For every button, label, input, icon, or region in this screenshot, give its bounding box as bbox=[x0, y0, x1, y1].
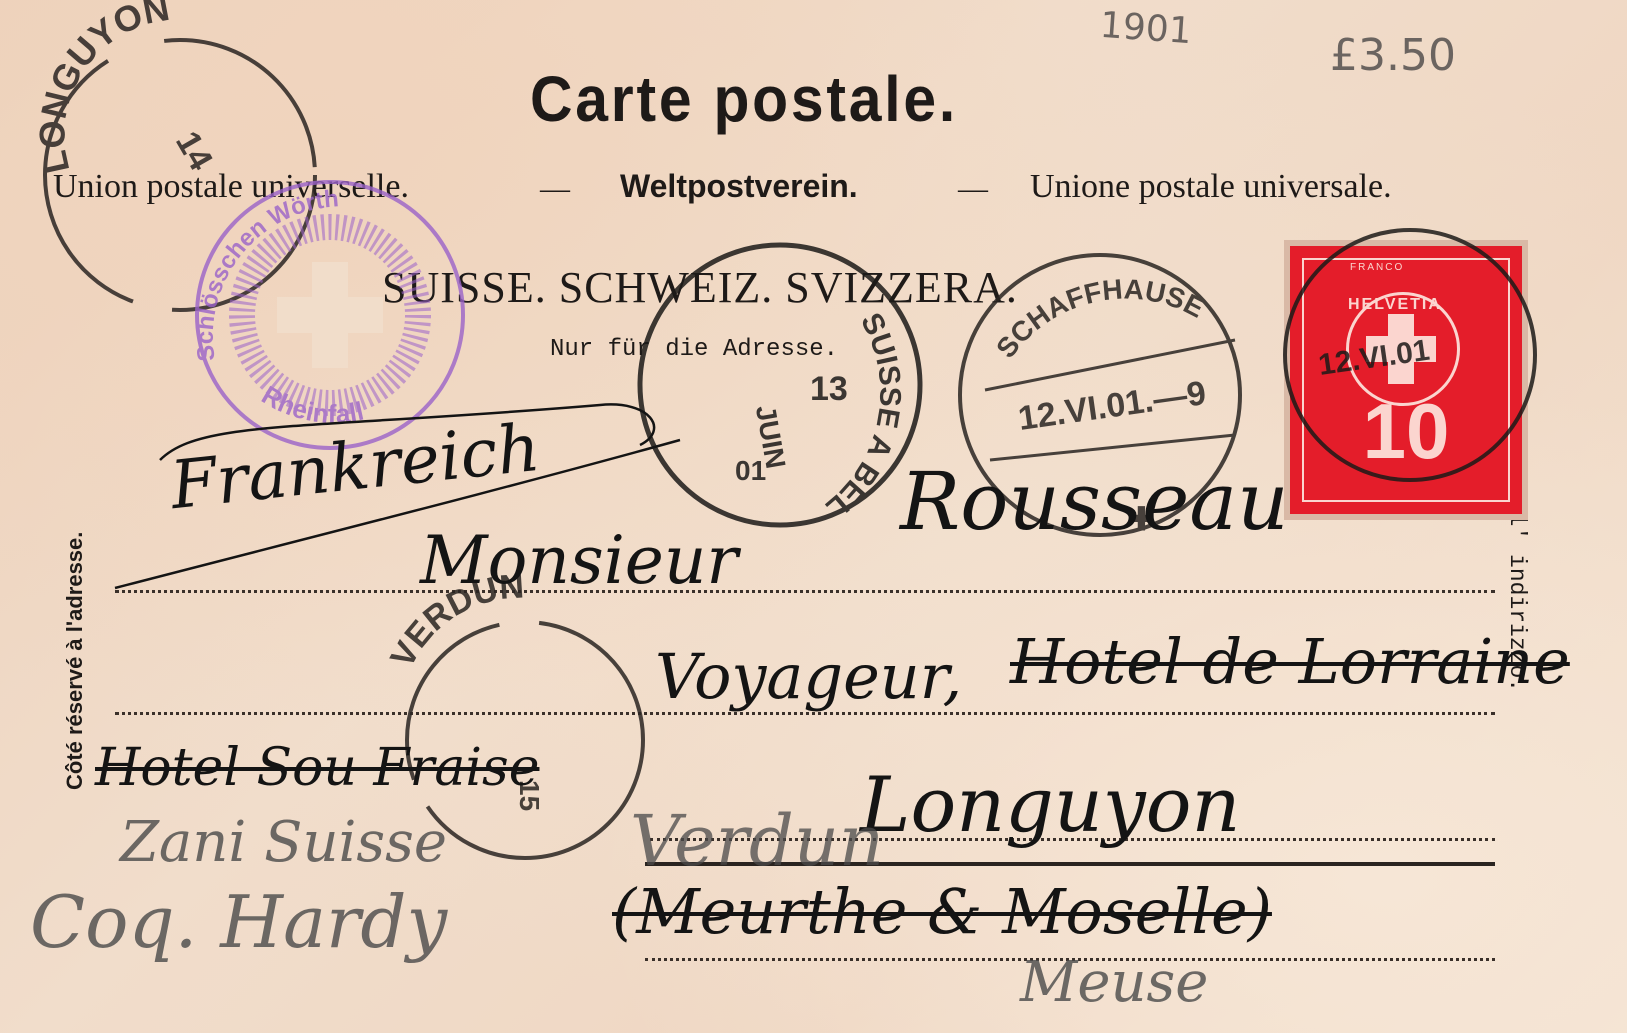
svg-text:LONGUYON: LONGUYON bbox=[32, 0, 173, 177]
postcard-back: Carte postale. Union postale universelle… bbox=[0, 0, 1627, 1033]
handwriting-left-note-1: Zani Suisse bbox=[120, 810, 447, 875]
handwriting-occupation: Voyageur, bbox=[655, 640, 962, 713]
postmark-on-stamp: 12.VI.01 bbox=[1285, 230, 1535, 480]
handwriting-left-note-2: Coq. Hardy bbox=[30, 880, 447, 964]
svg-text:01: 01 bbox=[735, 455, 766, 486]
handwriting-hotel-struck: Hotel de Lorraine bbox=[1010, 625, 1570, 698]
handwriting-department-struck: (Meurthe & Moselle) bbox=[612, 875, 1272, 948]
svg-text:12.VI.01.—9: 12.VI.01.—9 bbox=[1016, 374, 1208, 438]
handwriting-recipient-name: Rousseau bbox=[900, 455, 1289, 548]
handwriting-left-struck: Hotel Sou Fraise bbox=[95, 738, 539, 798]
svg-text:14: 14 bbox=[168, 125, 220, 177]
handwriting-department-new: Meuse bbox=[1020, 950, 1208, 1015]
handwriting-city-struck: Verdun bbox=[630, 800, 884, 882]
svg-text:13: 13 bbox=[810, 370, 848, 408]
postmark-longuyon: LONGUYON 14 bbox=[32, 0, 315, 310]
cachet-rheinfall: Schlösschen Wörth Rheinfall bbox=[192, 182, 463, 448]
handwriting-city: Longuyon bbox=[860, 760, 1240, 849]
svg-text:12.VI.01: 12.VI.01 bbox=[1316, 334, 1431, 382]
handwriting-recipient-title: Monsieur bbox=[420, 522, 738, 599]
